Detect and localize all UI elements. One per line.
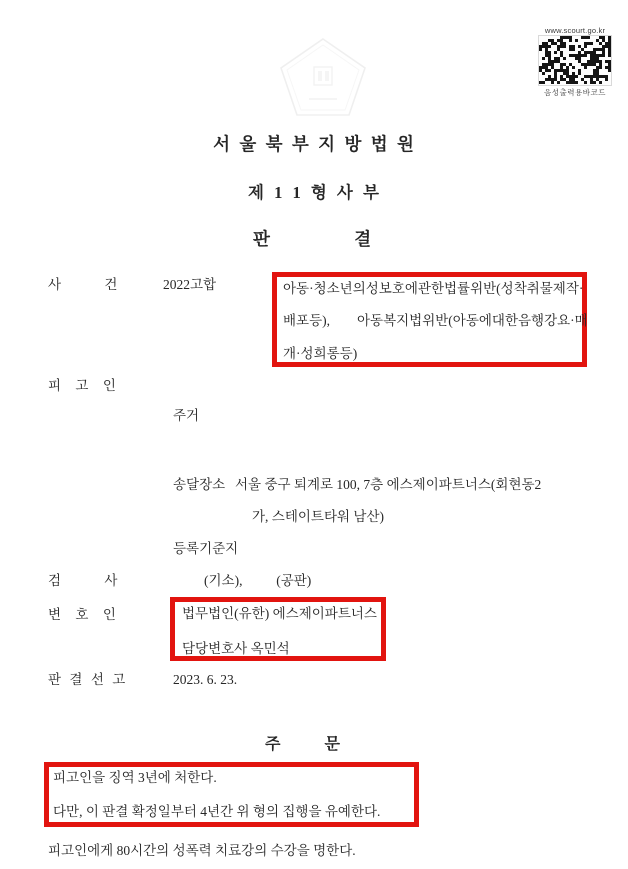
case-label: 사 건 (48, 277, 117, 294)
court-emblem-watermark-icon (279, 37, 367, 117)
sentencing-date-value: 2023. 6. 23. (173, 672, 237, 689)
service-address-line: 서울 중구 퇴계로 100, 7층 에스제이파트너스(회현동2 (235, 477, 541, 494)
prosecutor-value: (기소), (공판) (204, 573, 311, 590)
disposition-heading: 주 문 (265, 735, 340, 755)
case-number: 2022고합 (163, 277, 216, 294)
counsel-label: 변 호 인 (48, 607, 116, 624)
disposition-line: 피고인에게 80시간의 성폭력 치료강의 수강을 명한다. (48, 843, 356, 860)
court-name: 서 울 북 부 지 방 법 원 (0, 134, 628, 156)
disposition-line: 다만, 이 판결 확정일부터 4년간 위 형의 집행을 유예한다. (53, 804, 380, 821)
scourt-url-label: www.scourt.go.kr (538, 26, 612, 35)
registered-domicile-label: 등록기준지 (173, 541, 238, 558)
defendant-label: 피 고 인 (48, 378, 116, 395)
service-address-line: 가, 스테이트타워 남산) (252, 509, 384, 526)
document-title: 판 결 (253, 229, 371, 251)
sentencing-date-label: 판 결 선 고 (48, 672, 125, 689)
case-offense-line: 개·성희롱등) (283, 346, 357, 363)
counsel-firm: 법무법인(유한) 에스제이파트너스 (182, 606, 377, 623)
prosecutor-label: 검 사 (48, 573, 117, 590)
case-offense-line: 배포등), 아동복지법위반(아동에대한음행강요·매 (283, 313, 588, 330)
case-offense-line: 아동·청소년의성보호에관한법률위반(성착취물제작· (283, 281, 583, 298)
qr-caption: 음성출력용바코드 (539, 88, 611, 97)
residence-label: 주거 (173, 408, 199, 425)
disposition-line: 피고인을 징역 3년에 처한다. (53, 770, 217, 787)
counsel-attorney: 담당변호사 옥민석 (182, 641, 290, 658)
judgment-page: www.scourt.go.kr 음성출력용바코드 서 울 북 부 지 방 법 … (0, 0, 628, 869)
service-address-label: 송달장소 (173, 477, 225, 494)
qr-barcode-icon (539, 36, 611, 85)
division-name: 제 1 1 형 사 부 (0, 183, 628, 204)
